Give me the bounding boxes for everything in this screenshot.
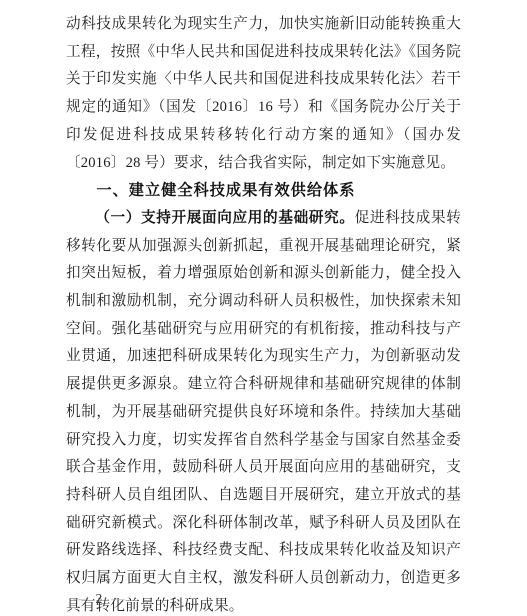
paragraph-item-1: （一）支持开展面向应用的基础研究。促进科技成果转移转化要从加强源头创新抓起，重视… [66, 205, 461, 616]
section-heading-1: 一、建立健全科技成果有效供给体系 [66, 177, 461, 205]
paragraph-continuation: 动科技成果转化为现实生产力，加快实施新旧动能转换重大工程，按照《中华人民共和国促… [66, 11, 461, 177]
page-number-dash-right: — [111, 591, 125, 606]
page-footer: —2— [73, 591, 125, 607]
document-body: 动科技成果转化为现实生产力，加快实施新旧动能转换重大工程，按照《中华人民共和国促… [66, 11, 461, 616]
paragraph-item-1-lead: （一）支持开展面向应用的基础研究。 [95, 210, 354, 226]
document-page: 动科技成果转化为现实生产力，加快实施新旧动能转换重大工程，按照《中华人民共和国促… [0, 0, 527, 616]
paragraph-item-1-body: 促进科技成果转移转化要从加强源头创新抓起，重视开展基础理论研究，紧扣突出短板，着… [66, 210, 461, 614]
page-number: 2 [96, 591, 103, 606]
page-number-dash-left: — [73, 591, 87, 606]
